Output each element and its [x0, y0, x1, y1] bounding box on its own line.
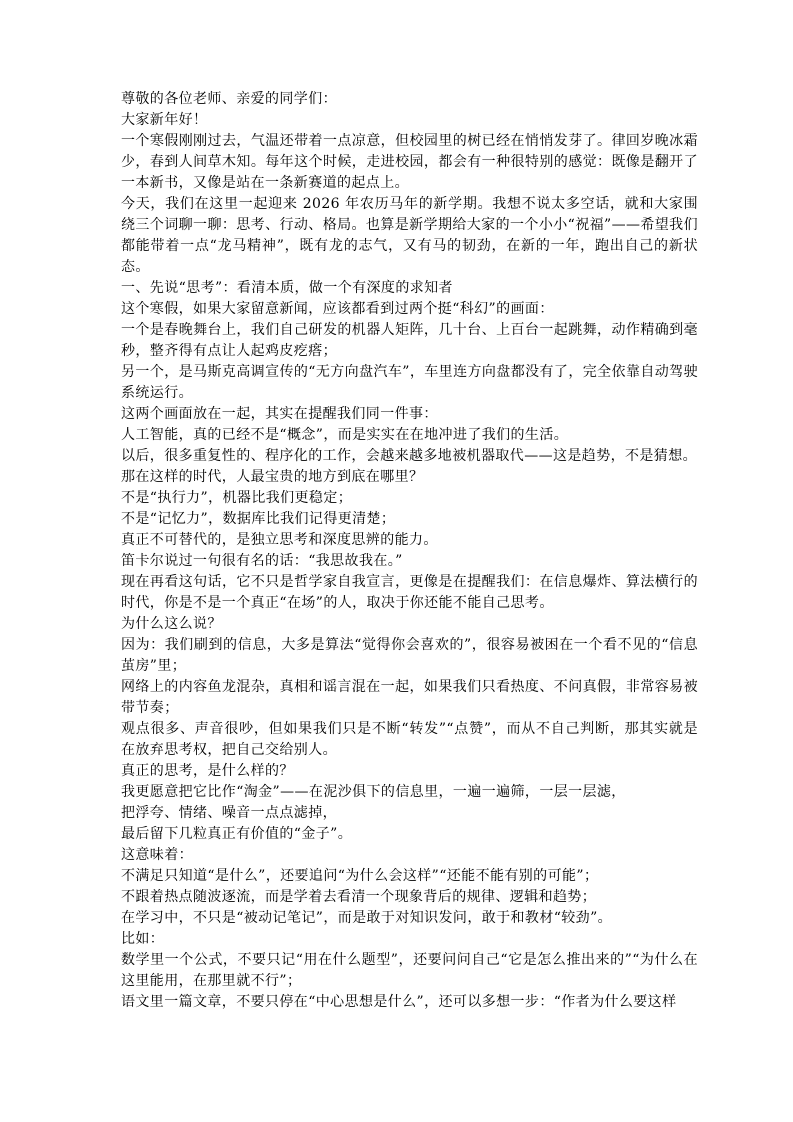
paragraph: 把浮夸、情绪、噪音一点点滤掉，: [121, 803, 698, 824]
paragraph: 一个是春晚舞台上，我们自己研发的机器人矩阵，几十台、上百台一起跳舞，动作精确到毫…: [121, 320, 698, 362]
paragraph: 在学习中，不只是“被动记笔记”，而是敢于对知识发问，敢于和教材“较劲”。: [121, 908, 698, 929]
paragraph: 这意味着：: [121, 845, 698, 866]
paragraph: 不是“执行力”，机器比我们更稳定；: [121, 488, 698, 509]
paragraph: 那在这样的时代，人最宝贵的地方到底在哪里？: [121, 467, 698, 488]
document-body: 尊敬的各位老师、亲爱的同学们： 大家新年好！ 一个寒假刚刚过去，气温还带着一点凉…: [121, 89, 698, 1013]
paragraph: 以后，很多重复性的、程序化的工作，会越来越多地被机器取代——这是趋势，不是猜想。: [121, 446, 698, 467]
paragraph: 数学里一个公式，不要只记“用在什么题型”，还要问问自己“它是怎么推出来的”“为什…: [121, 950, 698, 992]
paragraph: 另一个，是马斯克高调宣传的“无方向盘汽车”，车里连方向盘都没有了，完全依靠自动驾…: [121, 362, 698, 404]
paragraph: 不满足只知道“是什么”，还要追问“为什么会这样”“还能不能有别的可能”；: [121, 866, 698, 887]
paragraph: 比如：: [121, 929, 698, 950]
greeting-line: 大家新年好！: [121, 110, 698, 131]
section-1-heading: 一、先说“思考”：看清本质，做一个有深度的求知者: [121, 278, 698, 299]
paragraph: 观点很多、声音很吵，但如果我们只是不断“转发”“点赞”，而从不自己判断，那其实就…: [121, 719, 698, 761]
paragraph-quote: 笛卡尔说过一句很有名的话：“我思故我在。”: [121, 551, 698, 572]
paragraph: 网络上的内容鱼龙混杂，真相和谣言混在一起，如果我们只看热度、不问真假，非常容易被…: [121, 677, 698, 719]
paragraph: 最后留下几粒真正有价值的“金子”。: [121, 824, 698, 845]
paragraph: 现在再看这句话，它不只是哲学家自我宣言，更像是在提醒我们：在信息爆炸、算法横行的…: [121, 572, 698, 614]
paragraph: 这两个画面放在一起，其实在提醒我们同一件事：: [121, 404, 698, 425]
paragraph: 这个寒假，如果大家留意新闻，应该都看到过两个挺“科幻”的画面：: [121, 299, 698, 320]
paragraph: 我更愿意把它比作“淘金”——在泥沙俱下的信息里，一遍一遍筛，一层一层滤，: [121, 782, 698, 803]
paragraph: 为什么这么说？: [121, 614, 698, 635]
paragraph-opening: 一个寒假刚刚过去，气温还带着一点凉意，但校园里的树已经在悄悄发芽了。律回岁晚冰霜…: [121, 131, 698, 194]
paragraph-theme: 今天，我们在这里一起迎来 2026 年农历马年的新学期。我想不说太多空话，就和大…: [121, 194, 698, 278]
document-page: 尊敬的各位老师、亲爱的同学们： 大家新年好！ 一个寒假刚刚过去，气温还带着一点凉…: [0, 0, 793, 1122]
paragraph: 不是“记忆力”，数据库比我们记得更清楚；: [121, 509, 698, 530]
paragraph-truncated: 语文里一篇文章，不要只停在“中心思想是什么”，还可以多想一步：“作者为什么要这样: [121, 992, 698, 1013]
paragraph: 人工智能，真的已经不是“概念”，而是实实在在地冲进了我们的生活。: [121, 425, 698, 446]
paragraph: 真正不可替代的，是独立思考和深度思辨的能力。: [121, 530, 698, 551]
paragraph: 不跟着热点随波逐流，而是学着去看清一个现象背后的规律、逻辑和趋势；: [121, 887, 698, 908]
paragraph: 真正的思考，是什么样的？: [121, 761, 698, 782]
paragraph: 因为：我们刷到的信息，大多是算法“觉得你会喜欢的”，很容易被困在一个看不见的“信…: [121, 635, 698, 677]
salutation-line: 尊敬的各位老师、亲爱的同学们：: [121, 89, 698, 110]
